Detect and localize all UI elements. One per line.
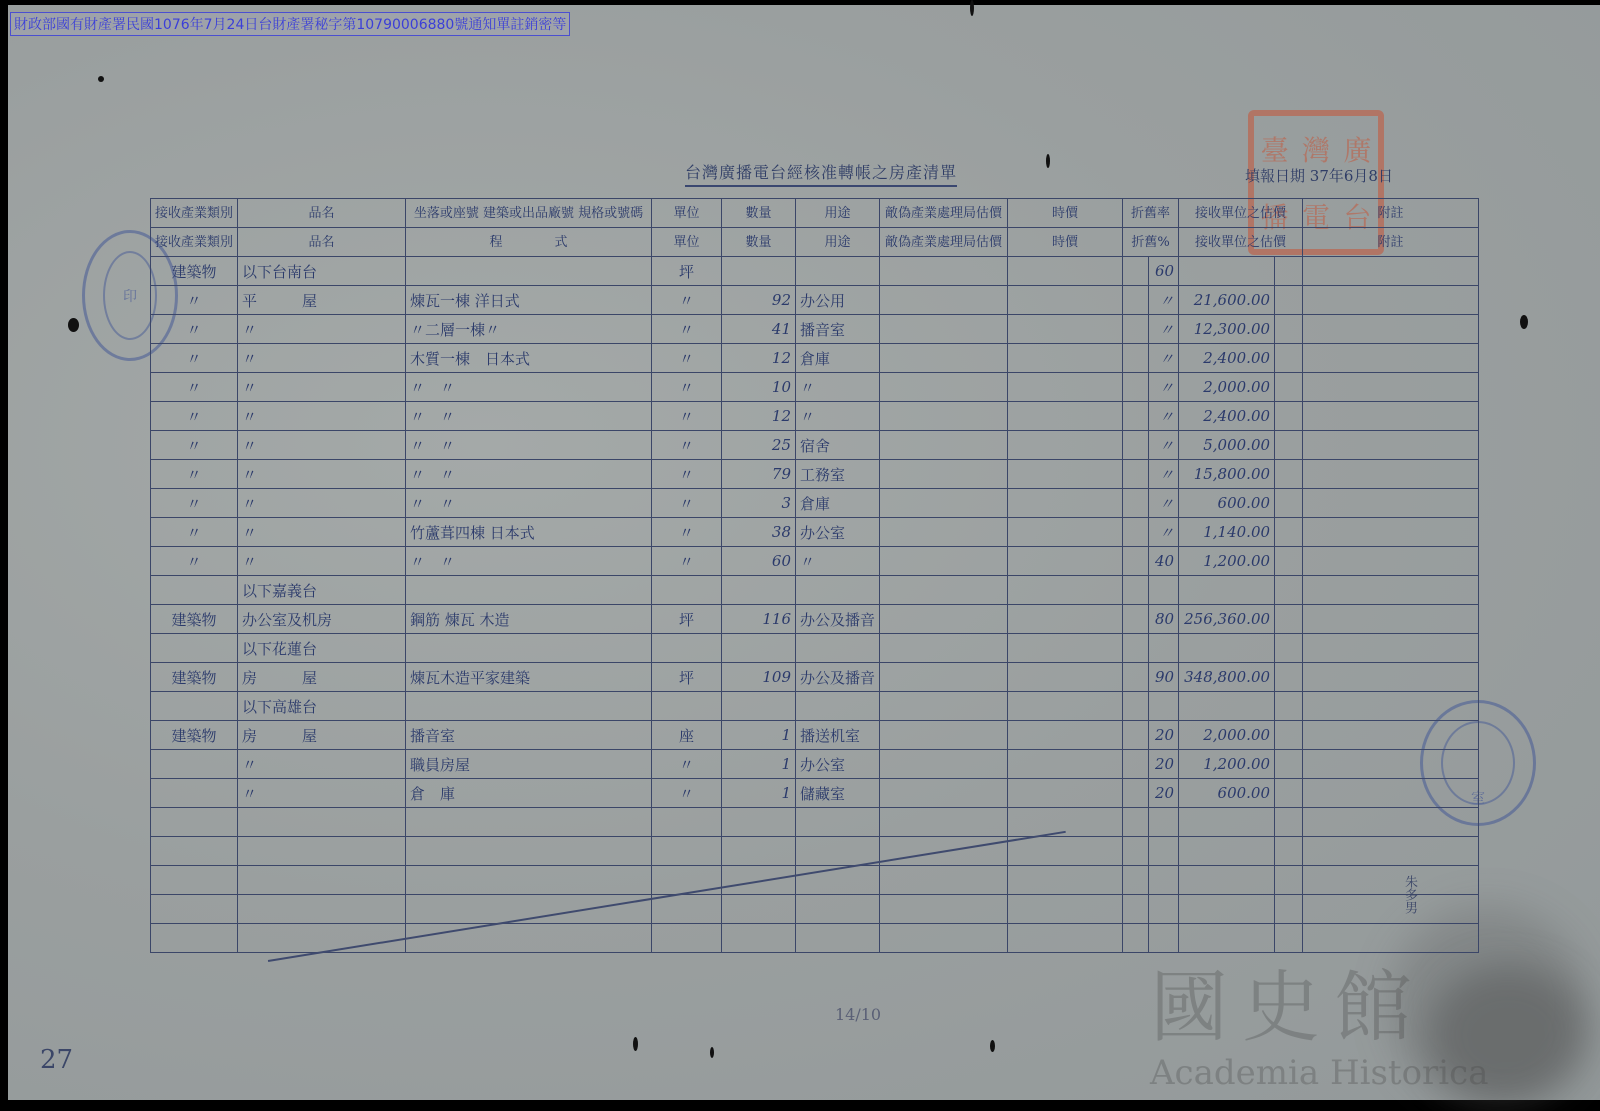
table-row: 建築物办公室及机房鋼筋 煉瓦 木造坪116办公及播音80256,360.00 [151,605,1479,634]
cell-unit [652,692,722,721]
cell-remarks [1303,750,1479,779]
cell-unit: 坪 [652,257,722,286]
table-row [151,895,1479,924]
cell-depreciation [1149,895,1179,924]
seal-char: 臺 [1261,129,1289,169]
header-row-1: 接收產業類別 品名 坐落或座號 建築或出品廠號 規格或號碼 單位 數量 用途 敵… [151,199,1479,228]
cell-qty: 1 [722,750,796,779]
cell-deprec-a [1123,692,1149,721]
cell-qty: 60 [722,547,796,576]
cell-value-cents [1275,460,1303,489]
seal-char: 廣 [1343,129,1371,169]
cell-category: 〃 [151,344,238,373]
cell-receiving-valuation [1179,808,1275,837]
cell-value-cents [1275,895,1303,924]
cell-deprec-a [1123,721,1149,750]
header-depreciation: 折舊率 [1123,199,1179,228]
cell-depreciation [1149,692,1179,721]
cell-enemy-valuation [880,373,1008,402]
cell-receiving-valuation: 2,000.00 [1179,373,1275,402]
cell-deprec-a [1123,257,1149,286]
header-row-2: 接收產業類別 品名 程 式 單位 數量 用途 敵偽產業處理局估價 時價 折舊% … [151,228,1479,257]
cell-use: 〃 [796,373,880,402]
cell-unit: 〃 [652,750,722,779]
cell-spec: 木質一棟 日本式 [406,344,652,373]
table-row: 〃〃〃 〃〃60〃401,200.00 [151,547,1479,576]
cell-qty: 116 [722,605,796,634]
cell-use [796,692,880,721]
folio-mark: 14/10 [835,1005,881,1024]
cell-remarks [1303,402,1479,431]
cell-spec: 〃 〃 [406,547,652,576]
cell-use: 播音室 [796,315,880,344]
cell-unit: 〃 [652,779,722,808]
header-receiving-valuation: 接收單位之估價 [1179,199,1303,228]
table-row: 〃倉 庫〃1儲藏室20600.00 [151,779,1479,808]
cell-enemy-valuation [880,547,1008,576]
cell-receiving-valuation: 1,200.00 [1179,750,1275,779]
cell-depreciation: 〃 [1149,489,1179,518]
header-receiving-valuation: 接收單位之估價 [1179,228,1303,257]
cell-name [238,895,406,924]
cell-remarks [1303,431,1479,460]
cell-use: 倉庫 [796,344,880,373]
cell-qty: 92 [722,286,796,315]
cell-enemy-valuation [880,634,1008,663]
cell-name: 以下台南台 [238,257,406,286]
cell-enemy-valuation [880,924,1008,953]
cell-unit: 〃 [652,373,722,402]
cell-enemy-valuation [880,808,1008,837]
cell-market-price [1008,750,1123,779]
ledger-body: 建築物以下台南台坪60〃平 屋煉瓦一棟 洋日式〃92办公用〃21,600.00〃… [151,257,1479,953]
cell-value-cents [1275,547,1303,576]
cell-remarks [1303,721,1479,750]
cell-deprec-a [1123,431,1149,460]
cell-enemy-valuation [880,257,1008,286]
cell-name: 〃 [238,460,406,489]
cell-spec [406,808,652,837]
property-ledger-table: 接收產業類別 品名 坐落或座號 建築或出品廠號 規格或號碼 單位 數量 用途 敵… [150,198,1479,953]
cell-remarks [1303,257,1479,286]
cell-spec: 播音室 [406,721,652,750]
table-row: 〃平 屋煉瓦一棟 洋日式〃92办公用〃21,600.00 [151,286,1479,315]
header-market-price: 時價 [1008,199,1123,228]
cell-name: 〃 [238,402,406,431]
cell-spec [406,576,652,605]
cell-value-cents [1275,663,1303,692]
cell-value-cents [1275,344,1303,373]
cell-spec: 〃 〃 [406,402,652,431]
header-use: 用途 [796,199,880,228]
table-row: 建築物房 屋煉瓦木造平家建築坪109办公及播音90348,800.00 [151,663,1479,692]
cell-remarks [1303,692,1479,721]
cell-deprec-a [1123,286,1149,315]
cell-enemy-valuation [880,460,1008,489]
cell-name: 〃 [238,315,406,344]
table-row [151,808,1479,837]
cell-value-cents [1275,721,1303,750]
cell-use: 办公用 [796,286,880,315]
cell-use [796,866,880,895]
header-enemy-property-valuation: 敵偽產業處理局估價 [880,228,1008,257]
cell-use: 工務室 [796,460,880,489]
cell-spec [406,924,652,953]
cell-qty [722,837,796,866]
cell-unit: 坪 [652,605,722,634]
cell-value-cents [1275,750,1303,779]
cell-market-price [1008,518,1123,547]
table-row: 〃〃〃 〃〃79工務室〃15,800.00 [151,460,1479,489]
cell-remarks [1303,547,1479,576]
cell-deprec-a [1123,895,1149,924]
cell-category [151,924,238,953]
cell-unit: 〃 [652,315,722,344]
cell-spec: 〃 〃 [406,489,652,518]
cell-use: 办公室 [796,750,880,779]
cell-receiving-valuation [1179,634,1275,663]
cell-name [238,924,406,953]
cell-category: 〃 [151,518,238,547]
watermark-english: Academia Historica [1150,1053,1489,1093]
cell-market-price [1008,344,1123,373]
cell-enemy-valuation [880,779,1008,808]
cell-qty: 12 [722,344,796,373]
cell-qty: 3 [722,489,796,518]
cell-use [796,634,880,663]
cell-receiving-valuation: 21,600.00 [1179,286,1275,315]
cell-spec: 〃 〃 [406,431,652,460]
cell-qty: 25 [722,431,796,460]
cell-name: 〃 [238,344,406,373]
cell-value-cents [1275,373,1303,402]
cell-market-price [1008,779,1123,808]
cell-receiving-valuation: 2,400.00 [1179,344,1275,373]
cell-remarks [1303,460,1479,489]
table-row: 〃〃〃二層一棟〃〃41播音室〃12,300.00 [151,315,1479,344]
cell-spec: 倉 庫 [406,779,652,808]
report-date: 填報日期 37年6月8日 [1245,165,1393,186]
cell-depreciation: 60 [1149,257,1179,286]
cell-deprec-a [1123,547,1149,576]
cell-receiving-valuation: 600.00 [1179,489,1275,518]
header-market-price: 時價 [1008,228,1123,257]
cell-qty [722,924,796,953]
cell-category: 建築物 [151,663,238,692]
cell-depreciation: 〃 [1149,344,1179,373]
cell-value-cents [1275,315,1303,344]
cell-remarks [1303,779,1479,808]
header-qty: 數量 [722,228,796,257]
cell-receiving-valuation [1179,837,1275,866]
cell-depreciation [1149,634,1179,663]
cell-deprec-a [1123,344,1149,373]
cell-category [151,692,238,721]
cell-category: 〃 [151,402,238,431]
cell-remarks [1303,489,1479,518]
cell-spec: 〃二層一棟〃 [406,315,652,344]
cell-deprec-a [1123,460,1149,489]
header-use: 用途 [796,228,880,257]
cell-enemy-valuation [880,866,1008,895]
cell-spec: 職員房屋 [406,750,652,779]
cell-receiving-valuation: 12,300.00 [1179,315,1275,344]
cell-name: 房 屋 [238,721,406,750]
cell-market-price [1008,663,1123,692]
table-row [151,837,1479,866]
cell-deprec-a [1123,750,1149,779]
cell-market-price [1008,576,1123,605]
cell-depreciation: 〃 [1149,518,1179,547]
cell-use [796,808,880,837]
cell-spec: 鋼筋 煉瓦 木造 [406,605,652,634]
cell-deprec-a [1123,518,1149,547]
cell-receiving-valuation [1179,692,1275,721]
cell-category [151,750,238,779]
cell-remarks [1303,634,1479,663]
cell-name: 房 屋 [238,663,406,692]
cell-depreciation: 20 [1149,750,1179,779]
cell-depreciation: 20 [1149,721,1179,750]
cell-enemy-valuation [880,663,1008,692]
cell-unit: 〃 [652,460,722,489]
cell-market-price [1008,924,1123,953]
cell-receiving-valuation [1179,576,1275,605]
cell-depreciation: 〃 [1149,431,1179,460]
cell-unit: 〃 [652,547,722,576]
cell-qty: 79 [722,460,796,489]
header-unit: 單位 [652,199,722,228]
cell-use: 倉庫 [796,489,880,518]
ink-blot [710,1047,714,1058]
table-row: 〃〃〃 〃〃3倉庫〃600.00 [151,489,1479,518]
cell-value-cents [1275,837,1303,866]
cell-spec: 煉瓦一棟 洋日式 [406,286,652,315]
cell-receiving-valuation: 1,200.00 [1179,547,1275,576]
cell-qty: 1 [722,779,796,808]
cell-market-price [1008,286,1123,315]
cell-category: 〃 [151,373,238,402]
cell-unit: 〃 [652,286,722,315]
cell-enemy-valuation [880,895,1008,924]
cell-unit [652,634,722,663]
cell-unit [652,576,722,605]
ink-blot [68,318,79,332]
cell-deprec-a [1123,576,1149,605]
cell-remarks [1303,837,1479,866]
cell-spec: 竹蘆葺四棟 日本式 [406,518,652,547]
cell-use: 儲藏室 [796,779,880,808]
cell-depreciation: 〃 [1149,402,1179,431]
page-number: 27 [40,1045,73,1075]
table-row: 〃〃〃 〃〃10〃〃2,000.00 [151,373,1479,402]
cell-market-price [1008,315,1123,344]
cell-deprec-a [1123,779,1149,808]
cell-remarks [1303,663,1479,692]
cell-remarks [1303,866,1479,895]
cell-enemy-valuation [880,344,1008,373]
cell-qty: 41 [722,315,796,344]
cell-market-price [1008,634,1123,663]
cell-receiving-valuation: 256,360.00 [1179,605,1275,634]
header-name: 品名 [238,228,406,257]
cell-market-price [1008,547,1123,576]
header-remarks: 附註 [1303,199,1479,228]
table-row: 〃職員房屋〃1办公室201,200.00 [151,750,1479,779]
cell-category: 〃 [151,431,238,460]
cell-category [151,837,238,866]
header-category: 接收產業類別 [151,199,238,228]
cell-qty: 38 [722,518,796,547]
table-row: 〃〃〃 〃〃12〃〃2,400.00 [151,402,1479,431]
header-spec: 程 式 [406,228,652,257]
cell-market-price [1008,460,1123,489]
cell-depreciation [1149,866,1179,895]
ink-blot [970,0,974,16]
table-row: 以下嘉義台 [151,576,1479,605]
cell-enemy-valuation [880,750,1008,779]
seal-char: 灣 [1302,129,1330,169]
table-row [151,866,1479,895]
watermark-chinese: 國史館 [1150,945,1489,1057]
cell-unit [652,808,722,837]
cell-spec: 〃 〃 [406,373,652,402]
cell-qty: 109 [722,663,796,692]
cell-depreciation: 40 [1149,547,1179,576]
cell-enemy-valuation [880,605,1008,634]
cell-market-price [1008,373,1123,402]
cell-category [151,895,238,924]
cell-remarks [1303,344,1479,373]
cell-category: 〃 [151,315,238,344]
cell-depreciation: 90 [1149,663,1179,692]
cell-name [238,808,406,837]
cell-value-cents [1275,286,1303,315]
cell-value-cents [1275,431,1303,460]
cell-use [796,837,880,866]
cell-unit [652,924,722,953]
header-depreciation: 折舊% [1123,228,1179,257]
cell-receiving-valuation: 15,800.00 [1179,460,1275,489]
cell-market-price [1008,402,1123,431]
cell-market-price [1008,692,1123,721]
report-date-value: 37年6月8日 [1310,167,1393,185]
cell-depreciation: 〃 [1149,286,1179,315]
cell-value-cents [1275,402,1303,431]
cell-name: 〃 [238,779,406,808]
cell-receiving-valuation: 2,000.00 [1179,721,1275,750]
cell-category: 〃 [151,286,238,315]
cell-use [796,924,880,953]
cell-value-cents [1275,518,1303,547]
cell-name: 〃 [238,431,406,460]
cell-spec: 〃 〃 [406,460,652,489]
cell-deprec-a [1123,866,1149,895]
table-row: 以下高雄台 [151,692,1479,721]
cell-value-cents [1275,605,1303,634]
cell-depreciation: 20 [1149,779,1179,808]
cell-receiving-valuation: 600.00 [1179,779,1275,808]
cell-receiving-valuation: 1,140.00 [1179,518,1275,547]
cell-name: 以下高雄台 [238,692,406,721]
cell-spec [406,257,652,286]
cell-deprec-a [1123,373,1149,402]
cell-enemy-valuation [880,489,1008,518]
cell-market-price [1008,605,1123,634]
table-row: 〃〃木質一棟 日本式〃12倉庫〃2,400.00 [151,344,1479,373]
cell-qty [722,808,796,837]
cell-qty: 10 [722,373,796,402]
ink-blot [990,1040,995,1052]
declassification-banner: 財政部國有財產署民國1076年7月24日台財產署秘字第10790006880號通… [10,12,570,36]
cell-use [796,257,880,286]
cell-market-price [1008,257,1123,286]
cell-spec [406,634,652,663]
cell-remarks [1303,605,1479,634]
cell-category [151,866,238,895]
report-date-label: 填報日期 [1245,167,1305,185]
cell-name [238,837,406,866]
cell-name: 〃 [238,750,406,779]
margin-note: 朱多男 [1400,875,1419,914]
cell-receiving-valuation [1179,895,1275,924]
cell-use: 办公及播音 [796,663,880,692]
cell-deprec-a [1123,605,1149,634]
cell-name: 以下花蓮台 [238,634,406,663]
cell-value-cents [1275,779,1303,808]
cell-remarks [1303,286,1479,315]
cell-value-cents [1275,808,1303,837]
cell-enemy-valuation [880,721,1008,750]
cell-qty: 1 [722,721,796,750]
cell-use: 〃 [796,402,880,431]
cell-remarks [1303,808,1479,837]
header-qty: 數量 [722,199,796,228]
cell-deprec-a [1123,315,1149,344]
cell-qty [722,576,796,605]
cell-remarks [1303,518,1479,547]
cell-value-cents [1275,489,1303,518]
cell-enemy-valuation [880,692,1008,721]
table-row: 建築物以下台南台坪60 [151,257,1479,286]
cell-depreciation [1149,576,1179,605]
cell-spec [406,866,652,895]
cell-deprec-a [1123,489,1149,518]
cell-market-price [1008,489,1123,518]
cell-depreciation: 80 [1149,605,1179,634]
cell-name: 〃 [238,373,406,402]
header-location: 坐落或座號 建築或出品廠號 規格或號碼 [406,199,652,228]
table-row: 建築物房 屋播音室座1播送机室202,000.00 [151,721,1479,750]
cell-category [151,779,238,808]
cell-spec [406,837,652,866]
cell-market-price [1008,837,1123,866]
cell-name: 平 屋 [238,286,406,315]
header-unit: 單位 [652,228,722,257]
cell-use: 办公室 [796,518,880,547]
table-row: 〃〃〃 〃〃25宿舍〃5,000.00 [151,431,1479,460]
cell-value-cents [1275,576,1303,605]
header-remarks: 附註 [1303,228,1479,257]
cell-deprec-a [1123,808,1149,837]
ink-blot [1046,154,1050,168]
cell-category: 建築物 [151,605,238,634]
cell-category [151,576,238,605]
cell-name: 办公室及机房 [238,605,406,634]
cell-category [151,634,238,663]
cell-unit: 〃 [652,489,722,518]
cell-market-price [1008,431,1123,460]
